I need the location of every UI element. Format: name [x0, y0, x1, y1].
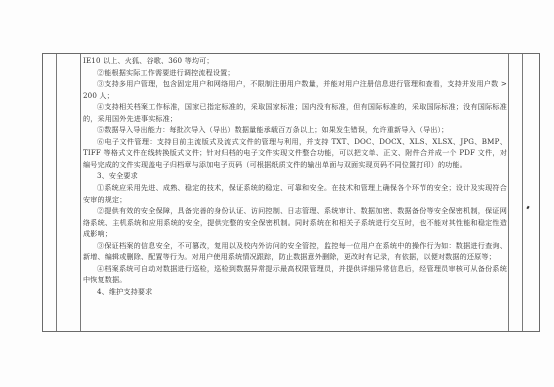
paragraph-standards: ④支持相关档案工作标准，国家已指定标准的，采取国家标准；国内没有标准，但有国际标…: [83, 101, 507, 124]
paragraph-multi-user: ③支持多用户管理，包含固定用户和网络用户，不限制注册用户数量，并能对用户注册信息…: [83, 78, 507, 101]
scanned-document-page: IE10 以上、火狐、谷歌、360 等均可； ②能根据实际工作需要进行调控流程设…: [0, 0, 554, 387]
paragraph-browser-compat: IE10 以上、火狐、谷歌、360 等均可；: [83, 55, 507, 67]
column-divider-2: [80, 54, 81, 331]
paragraph-workflow-config: ②能根据实际工作需要进行调控流程设置；: [83, 67, 507, 79]
section-heading-security: 3、安全要求: [83, 170, 507, 182]
column-divider-4: [522, 54, 523, 331]
paragraph-info-security: ③保证档案的信息安全，不可篡改，复用以及校内外访问的安全管控，监控每一位用户在系…: [83, 240, 507, 263]
paragraph-auto-inspection: ④档案系统可自动对数据进行巡检，巡检到数据异常提示最高权限管理员，并提供详细异常…: [83, 263, 507, 286]
paragraph-security-guarantee: ②提供有效的安全保障，具备完善的身份认证、访问控制、日志管理、系统审计、数据加密…: [83, 205, 507, 240]
column-divider-1: [56, 54, 57, 331]
paragraph-import-export: ⑤数据导入导出能力：每批次导入（导出）数据量能承载百万条以上；如果发生错误，允许…: [83, 124, 507, 136]
requirements-cell-content: IE10 以上、火狐、谷歌、360 等均可； ②能根据实际工作需要进行调控流程设…: [83, 55, 507, 297]
paragraph-security-tech: ①系统应采用先进、成熟、稳定的技术，保证系统的稳定、可靠和安全。在技术和管理上确…: [83, 182, 507, 205]
paragraph-electronic-files: ⑥电子文件管理：支持目前主流版式及流式文件的管理与利用，并支持 TXT、DOC、…: [83, 136, 507, 171]
section-heading-maintenance: 4、维护支持要求: [83, 286, 507, 298]
column-divider-3: [508, 54, 509, 331]
requirements-table: IE10 以上、火狐、谷歌、360 等均可； ②能根据实际工作需要进行调控流程设…: [42, 53, 540, 332]
